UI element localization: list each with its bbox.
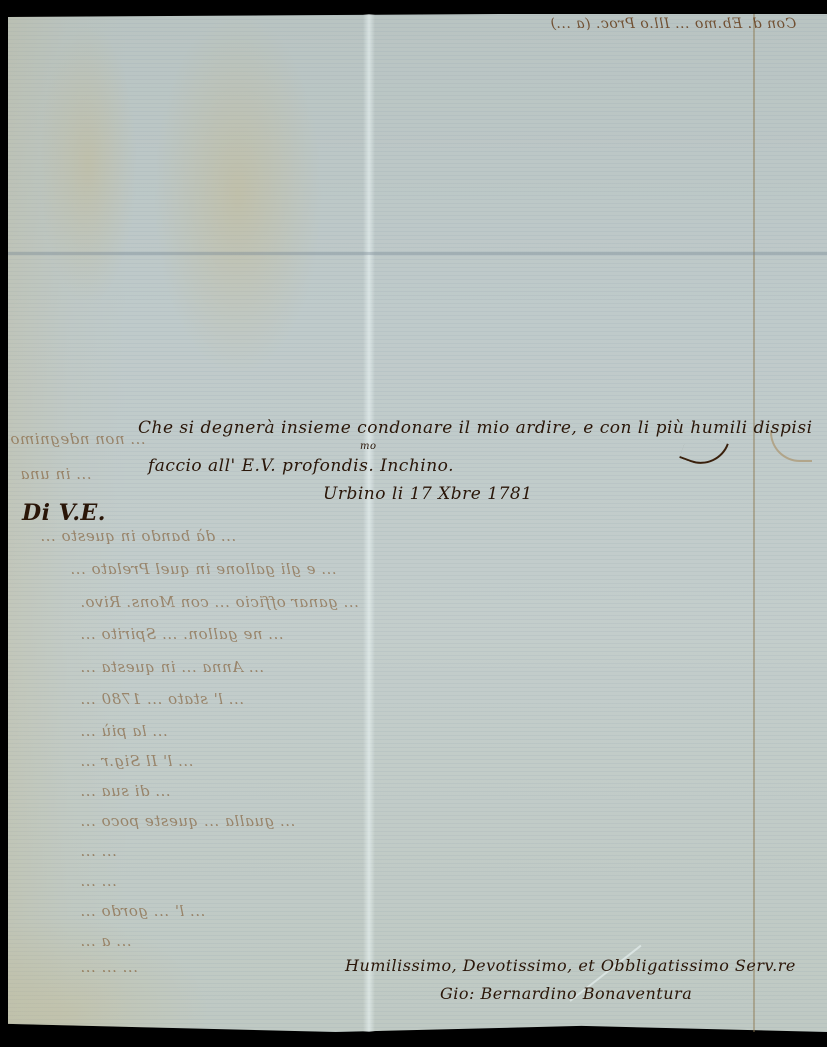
closing-formula: Humilissimo, Devotissimo, et Obbligatiss… [345,956,796,975]
bleed-line: ... a ... [80,932,132,950]
letter-body-line-2: faccio all' E.V. profondis. Inchino. [148,456,454,476]
bleed-line: ... ... ... [80,958,138,976]
header-note: Con d. Eb.mo ... Ill.o Proc. (a ...) [550,16,796,32]
right-fold-line [753,14,755,1032]
bleed-line: ... ... [80,872,117,890]
paper-sheet [8,14,827,1032]
bleed-line: ... non ndegnimo [10,430,146,448]
bleed-line: ... dà bando in questo ... [40,527,236,545]
bleed-line: ... e gli gallone in quel Prelato ... [70,560,337,578]
bleed-line: ... gualla ... queste poco ... [80,812,295,830]
salutation: Di V.E. [22,500,106,526]
bleed-line: ... di sua ... [80,782,171,800]
bleed-line: ... ganar officio ... con Mons. Rivo. [80,593,359,611]
signature: Gio: Bernardino Bonaventura [440,984,692,1003]
bleed-line: ... Anna ... in questa ... [80,658,264,676]
vertical-fold-crease [363,14,375,1032]
bleed-line: ... l' Il Sig.r ... [80,752,193,770]
bleed-line: ... ... [80,842,117,860]
superscript-abbrev: mo [360,441,377,452]
bleed-line: ... in una [20,465,92,483]
bleed-line: ... ne gallon. ... Spirito ... [80,625,284,643]
horizontal-fold-crease [8,252,827,255]
date-line: Urbino li 17 Xbre 1781 [323,484,533,504]
bleed-line: ... l' ... gordo ... [80,902,205,920]
bleed-line: ... l' stato ... 1780 ... [80,690,244,708]
scan-background: Con d. Eb.mo ... Ill.o Proc. (a ...) ...… [0,0,827,1047]
letter-body-line-1: Che si degnerà insieme condonare il mio … [138,418,813,438]
bleed-line: ... la più ... [80,722,168,740]
